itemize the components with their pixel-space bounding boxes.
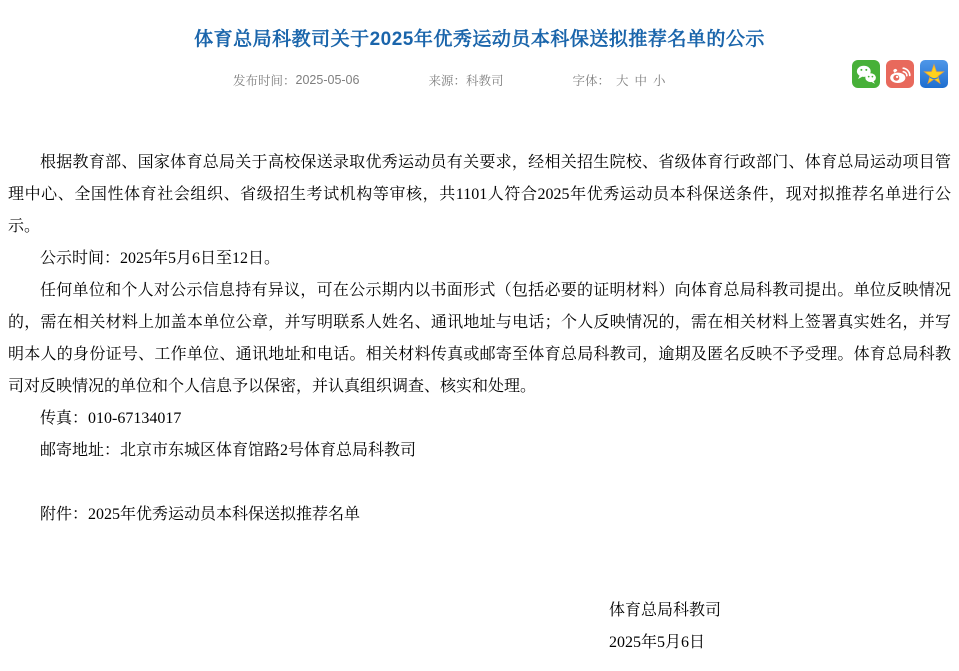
fax-line: 传真：010-67134017: [8, 403, 951, 435]
mail-address-line: 邮寄地址：北京市东城区体育馆路2号体育总局科教司: [8, 435, 951, 467]
meta-row: 发布时间：2025-05-06 来源：科教司 字体：大中小: [233, 71, 666, 89]
attachment-line: 附件：2025年优秀运动员本科保送拟推荐名单: [8, 499, 951, 531]
source: 来源：科教司: [428, 71, 503, 89]
paragraph-publicity-period: 公示时间：2025年5月6日至12日。: [8, 243, 951, 275]
wechat-share-icon[interactable]: [852, 60, 880, 88]
attachment-link[interactable]: 2025年优秀运动员本科保送拟推荐名单: [88, 506, 360, 523]
font-size-label: 字体：: [573, 71, 611, 89]
font-size-medium-button[interactable]: 中: [635, 71, 648, 89]
signature-org: 体育总局科教司: [609, 595, 951, 627]
font-size-large-button[interactable]: 大: [616, 71, 629, 89]
publish-time-value: 2025-05-06: [296, 73, 360, 87]
qzone-share-icon[interactable]: [920, 60, 948, 88]
paragraph-objection-procedure: 任何单位和个人对公示信息持有异议，可在公示期内以书面形式（包括必要的证明材料）向…: [8, 275, 951, 403]
attachment-label: 附件：: [40, 506, 88, 523]
share-bar: [852, 60, 948, 88]
notice-article: 根据教育部、国家体育总局关于高校保送录取优秀运动员有关要求，经相关招生院校、省级…: [8, 147, 951, 659]
font-size-small-button[interactable]: 小: [653, 71, 666, 89]
page-title: 体育总局科教司关于2025年优秀运动员本科保送拟推荐名单的公示: [0, 24, 959, 51]
publish-time: 发布时间：2025-05-06: [233, 71, 359, 89]
paragraph-intro: 根据教育部、国家体育总局关于高校保送录取优秀运动员有关要求，经相关招生院校、省级…: [8, 147, 951, 243]
publish-time-label: 发布时间：: [233, 71, 296, 89]
source-label: 来源：: [428, 71, 466, 89]
weibo-share-icon[interactable]: [886, 60, 914, 88]
font-size-switcher: 字体：大中小: [573, 71, 666, 89]
source-value: 科教司: [466, 71, 504, 89]
signature-block: 体育总局科教司 2025年5月6日: [609, 595, 951, 659]
signature-date: 2025年5月6日: [609, 627, 951, 659]
